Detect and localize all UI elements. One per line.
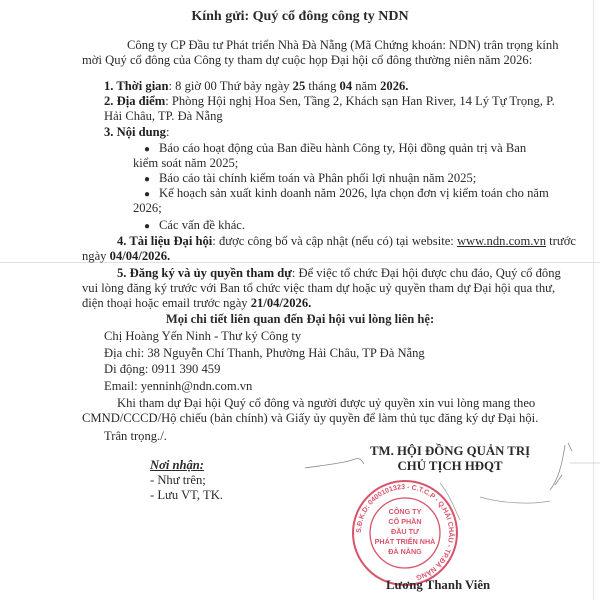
company-seal-icon: S.Đ.K.D: 0400101323 - C.T.C.P - Q.HẢI CH… [350,478,460,588]
contact-phone: Di động: 0911 390 459 [104,362,220,377]
item-docs-line-2: ngày 04/04/2026. [82,249,170,264]
item-register-line-2: vui lòng đăng ký trước với Ban tổ chức v… [82,281,555,296]
item-register-line-3: điện thoại hoặc email trước ngày 21/04/2… [82,296,311,311]
contact-email: Email: yenninh@ndn.com.vn [104,379,252,394]
content-bullet-4: Các vấn đề khác. [159,218,245,233]
document-heading: Kính gửi: Quý cổ đông công ty NDN [0,9,600,24]
contact-address: Địa chỉ: 38 Nguyễn Chí Thanh, Phường Hải… [104,346,425,361]
item-docs: 4. Tài liệu Đại hội: được công bố và cập… [117,234,576,249]
content-bullet-3: Kế hoạch sản xuất kinh doanh năm 2026, l… [159,186,549,201]
contact-name: Chị Hoàng Yến Ninh - Thư ký Công ty [104,329,301,344]
bullet-dot-icon: ● [144,174,150,185]
contact-title: Mọi chi tiết liên quan đến Đại hội vui l… [0,312,600,327]
bullet-dot-icon: ● [144,189,150,200]
svg-text:CÔNG TYCỔ PHẦNĐẦU TƯPHÁT TRIỂN: CÔNG TYCỔ PHẦNĐẦU TƯPHÁT TRIỂN NHÀĐÀ NẴN… [375,507,436,556]
recipient-item: - Lưu VT, TK. [150,488,223,503]
note-line-1: Khi tham dự Đại hội Quý cổ đông và người… [117,396,535,411]
bullet-dot-icon: ● [144,144,150,155]
item-register: 5. Đăng ký và ủy quyền tham dự: Để việc … [117,266,561,281]
item-content-label: 3. Nội dung: [104,125,169,140]
intro-line-1: Công ty CP Đầu tư Phát triển Nhà Đà Nẵng… [127,38,559,53]
intro-line-2: mời Quý cổ đông của Công ty tham dự cuộc… [82,53,532,68]
content-bullet-1-line-2: kiểm soát năm 2025; [133,156,238,171]
content-bullet-2: Báo cáo tài chính kiểm toán và Phân phối… [159,171,476,186]
recipients-title: Nơi nhận: [150,458,204,473]
note-line-2: CMND/CCCD/Hộ chiếu (bản chính) và Giấy ủ… [82,411,538,426]
content-bullet-1: Báo cáo hoạt động của Ban điều hành Công… [159,141,526,156]
bullet-dot-icon: ● [144,221,150,232]
recipient-item: - Như trên; [150,473,206,488]
website-link[interactable]: www.ndn.com.vn [457,234,546,248]
item-place-line-2: Hải Châu, TP. Đà Nẵng [104,109,223,124]
closing-text: Trân trọng./. [104,429,167,444]
item-place: 2. Địa điểm: Phòng Hội nghị Hoa Sen, Tần… [104,94,555,109]
signer-name: Lương Thanh Viên [386,578,490,593]
content-bullet-3-line-2: 2026; [133,201,162,216]
item-time: 1. Thời gian: 8 giờ 00 Thứ bảy ngày 25 t… [104,79,408,94]
